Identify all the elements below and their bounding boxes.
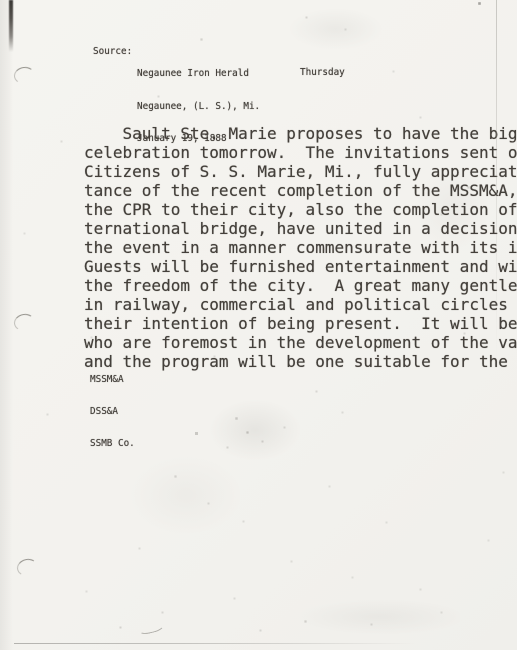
punch-hole-mark-bottom <box>16 557 40 577</box>
document-page: Source: Negaunee Iron Herald Negaunee, (… <box>0 0 517 650</box>
publication-location: Negaunee, (L. S.), Mi. <box>137 102 260 113</box>
photocopy-smudge <box>300 600 460 634</box>
photocopy-smudge <box>210 400 300 460</box>
abbreviation-item: MSSM&A <box>90 375 135 386</box>
source-label: Source: <box>93 47 132 58</box>
pencil-squiggle-mark <box>137 619 165 636</box>
photocopy-smudge <box>288 8 383 50</box>
weekday-label: Thursday <box>300 68 345 79</box>
photocopy-smudge <box>128 455 243 535</box>
article-paragraph: Sault Ste. Marie proposes to have the bi… <box>84 124 517 371</box>
page-right-edge <box>496 0 497 360</box>
abbreviation-item: SSMB Co. <box>90 439 135 450</box>
railroad-abbreviation-list: MSSM&A DSS&A SSMB Co. <box>90 354 135 471</box>
publication-name: Negaunee Iron Herald <box>137 69 260 80</box>
scan-noise-speckles <box>0 0 1 1</box>
scan-backing-strip <box>0 0 13 650</box>
abbreviation-item: DSS&A <box>90 407 135 418</box>
page-bottom-edge <box>14 643 460 644</box>
binder-streak-mark <box>9 0 13 52</box>
punch-hole-mark-top <box>13 66 36 85</box>
punch-hole-mark-middle <box>13 313 36 333</box>
